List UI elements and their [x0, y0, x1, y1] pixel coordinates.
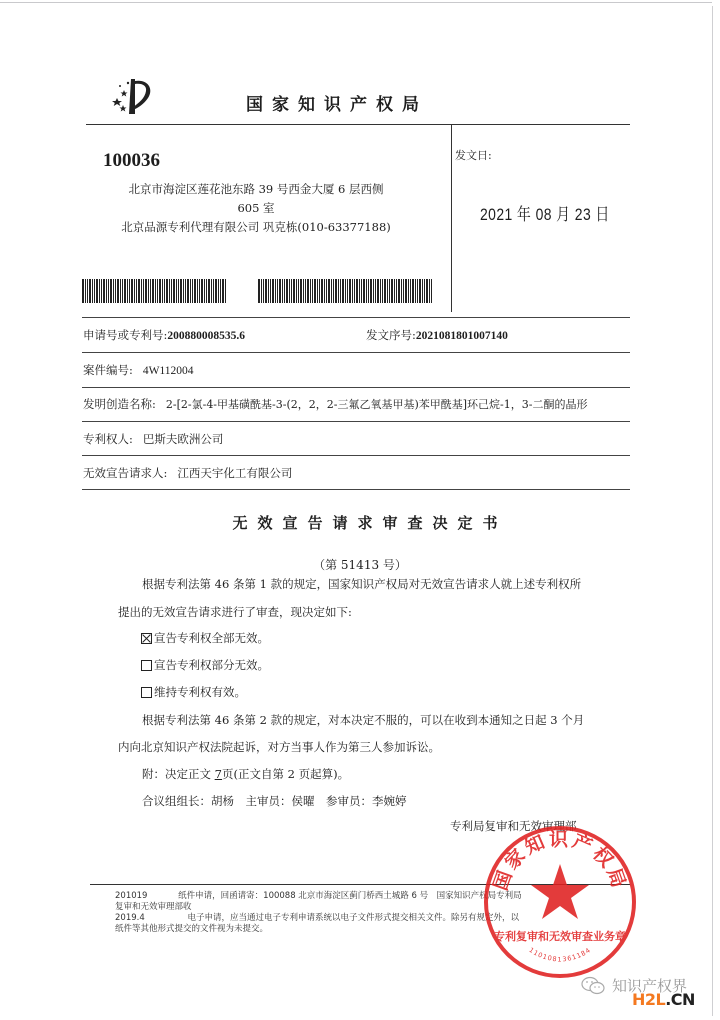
address-line: 北京市海淀区莲花池东路 39 号西金大厦 6 层西侧 605 室 — [116, 180, 396, 218]
footer-code: 201019 — [115, 891, 147, 901]
paragraph: 提出的无效宣告请求进行了审查，现决定如下: — [118, 603, 352, 622]
serial-number-field: 发文序号:2021081801007140 — [366, 327, 508, 343]
field-value: 2-[2-氯-4-甲基磺酰基-3-(2，2，2-三氟乙氧基甲基)苯甲酰基]环己烷… — [166, 398, 588, 411]
header-divider — [86, 124, 630, 125]
divider — [82, 352, 630, 353]
option-label: 宣告专利权全部无效。 — [154, 630, 269, 646]
field-label: 无效宣告请求人: — [83, 466, 167, 480]
footer-text: 电子申请，应当通过电子专利申请系统以电子文件形式提交相关文件。除另有规定外，以 — [187, 913, 519, 923]
agency-name: 国家知识产权局 — [246, 90, 428, 115]
invention-name-field: 发明创造名称:2-[2-氯-4-甲基磺酰基-3-(2，2，2-三氟乙氧基甲基)苯… — [83, 396, 587, 412]
field-label: 发文序号: — [366, 328, 416, 342]
field-value: 巴斯夫欧洲公司 — [143, 432, 224, 446]
field-value: 200880008535.6 — [167, 330, 245, 342]
divider — [82, 317, 630, 318]
divider — [82, 455, 630, 456]
decision-number: （第 51413 号） — [0, 556, 720, 573]
footer-line: 复审和无效审理部收 — [115, 902, 192, 913]
svg-text:1101081361184: 1101081361184 — [528, 946, 593, 963]
option-label: 维持专利权有效。 — [154, 684, 246, 700]
agent-line: 北京品源专利代理有限公司 巩克栋(010-63377188) — [116, 218, 396, 237]
divider — [82, 489, 630, 490]
barcode-icon — [258, 279, 433, 303]
field-label: 案件编号: — [83, 363, 133, 377]
panel-members: 合议组组长：胡杨 主审员：侯曜 参审员：李婉婷 — [142, 792, 407, 811]
paragraph: 根据专利法第 46 条第 2 款的规定，对本决定不服的，可以在收到本通知之日起 … — [142, 711, 584, 730]
requester-field: 无效宣告请求人:江西天宇化工有限公司 — [83, 465, 292, 481]
paragraph: 根据专利法第 46 条第 1 款的规定，国家知识产权局对无效宣告请求人就上述专利… — [142, 575, 581, 594]
checkbox-empty-icon — [141, 687, 152, 698]
footer-code: 2019.4 — [115, 913, 145, 923]
document-title: 无效宣告请求审查决定书 — [0, 512, 720, 533]
recipient-address: 北京市海淀区莲花池东路 39 号西金大厦 6 层西侧 605 室 北京品源专利代… — [116, 180, 396, 237]
svg-text:专利复审和无效审查业务章: 专利复审和无效审查业务章 — [494, 929, 626, 943]
case-number-field: 案件编号:4W112004 — [83, 362, 194, 378]
footer-line: 纸件等其他形式提交的文件视为未提交。 — [115, 924, 268, 935]
attachment-suffix: 页(正文自第 2 页起算)。 — [222, 767, 349, 781]
option-invalidate-all: 宣告专利权全部无效。 — [141, 630, 269, 646]
page-edge — [712, 6, 713, 1016]
paragraph: 内向北京知识产权法院起诉，对方当事人作为第三人参加诉讼。 — [118, 738, 440, 757]
footer-text: 纸件申请，回函请寄：100088 北京市海淀区蓟门桥西土城路 6 号 国家知识产… — [178, 891, 521, 901]
checkbox-checked-icon — [141, 633, 152, 644]
checkbox-empty-icon — [141, 660, 152, 671]
field-label: 发明创造名称: — [83, 397, 156, 411]
option-maintain-valid: 维持专利权有效。 — [141, 684, 246, 700]
h2l-logo: H2L.CN — [632, 990, 695, 1009]
issue-date-label: 发文日: — [455, 147, 492, 163]
wechat-icon — [580, 976, 606, 996]
footer-line: 201019 纸件申请，回函请寄：100088 北京市海淀区蓟门桥西土城路 6 … — [115, 891, 522, 902]
barcode-icon — [82, 279, 228, 303]
divider — [82, 387, 630, 388]
issue-date-value: 2021 年 08 月 23 日 — [480, 200, 610, 225]
field-value: 江西天宇化工有限公司 — [177, 466, 292, 480]
page-edge — [0, 2, 712, 3]
date-column-divider — [451, 124, 452, 312]
footer-line: 2019.4 电子申请，应当通过电子专利申请系统以电子文件形式提交相关文件。除另… — [115, 913, 519, 924]
cnipa-logo-icon — [104, 76, 156, 116]
option-invalidate-partial: 宣告专利权部分无效。 — [141, 657, 269, 673]
field-value: 2021081801007140 — [416, 330, 508, 342]
application-number-field: 申请号或专利号:200880008535.6 — [83, 327, 245, 343]
option-label: 宣告专利权部分无效。 — [154, 657, 269, 673]
attachment-prefix: 附：决定正文 — [142, 767, 211, 781]
field-label: 申请号或专利号: — [83, 328, 167, 342]
official-seal-icon: 国家知识产权局 专利复审和无效审查业务章 1101081361184 — [480, 822, 640, 982]
patentee-field: 专利权人:巴斯夫欧洲公司 — [83, 431, 223, 447]
divider — [82, 421, 630, 422]
postcode: 100036 — [103, 150, 160, 172]
brand-part: H2L — [632, 990, 665, 1009]
brand-part: .CN — [665, 990, 695, 1009]
field-label: 专利权人: — [83, 432, 133, 446]
attachment-note: 附：决定正文 7页(正文自第 2 页起算)。 — [142, 765, 349, 784]
field-value: 4W112004 — [143, 365, 194, 377]
attachment-pages: 7 — [215, 767, 222, 781]
